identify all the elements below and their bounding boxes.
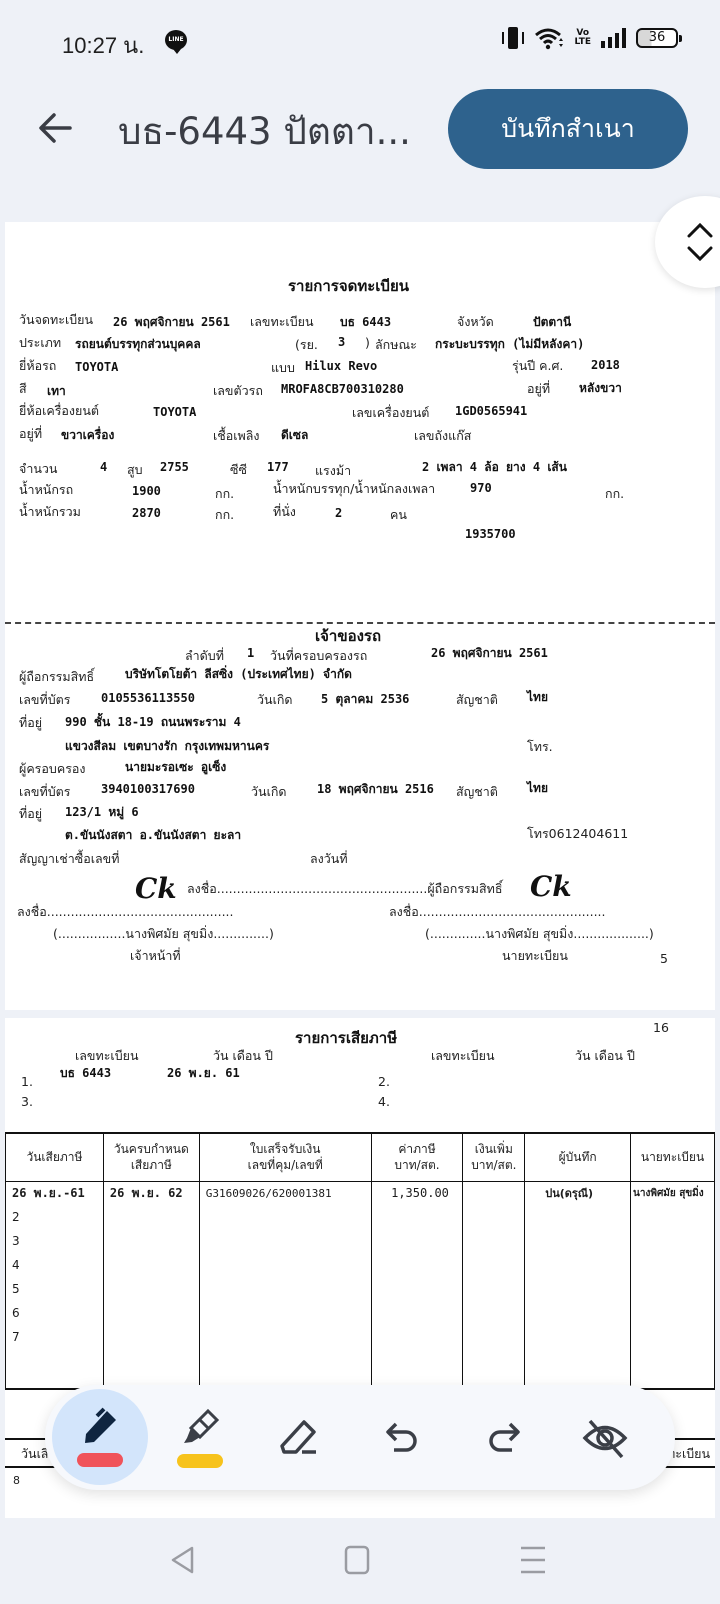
owner-name: บริษัทโตโยต้า ลีสซิ่ง (ประเทศไทย) จำกัด	[125, 665, 352, 684]
label: ลำดับที่	[185, 646, 224, 666]
cell	[463, 1349, 525, 1389]
vibrate-icon	[502, 26, 524, 50]
holder-id: 3940100317690	[101, 782, 195, 796]
label: ผู้ถือกรรมสิทธิ์	[19, 667, 94, 687]
label: 2.	[378, 1074, 390, 1089]
eraser-tool-button[interactable]	[255, 1393, 345, 1483]
table-row: 2	[6, 1205, 715, 1229]
cell	[371, 1253, 463, 1277]
row-number: 8	[13, 1474, 20, 1487]
cell	[199, 1229, 371, 1253]
cell	[631, 1229, 715, 1253]
sign-line: ลงชื่อ..................................…	[389, 902, 606, 922]
cell	[463, 1301, 525, 1325]
label: เลขทะเบียน	[250, 312, 314, 332]
vin-location: หลังขวา	[579, 379, 622, 398]
label: วัน เดือน ปี	[213, 1046, 273, 1066]
cell: 1,350.00	[371, 1181, 463, 1205]
label: คน	[390, 505, 407, 525]
possession-date: 26 พฤศจิกายน 2561	[431, 644, 548, 663]
cell	[463, 1277, 525, 1301]
label: วันเกิด	[257, 690, 293, 710]
cell: 4	[6, 1253, 104, 1277]
label: (รย.	[295, 335, 318, 355]
cc: 177	[267, 460, 289, 474]
holder-nationality: ไทย	[527, 779, 548, 798]
chevron-up-down-icon	[685, 220, 715, 264]
cell	[199, 1325, 371, 1349]
cell: 26 พ.ย. 62	[103, 1181, 199, 1205]
label: สัญชาติ	[456, 690, 498, 710]
label: สัญชาติ	[456, 782, 498, 802]
cell	[371, 1205, 463, 1229]
engine-brand: TOYOTA	[153, 405, 196, 419]
engine-location: ขวาเครื่อง	[61, 426, 114, 445]
color: เทา	[47, 382, 66, 401]
status-icons: VoLTE 36	[502, 26, 678, 50]
cell	[199, 1277, 371, 1301]
system-nav-bar	[0, 1518, 720, 1604]
label: เลขเครื่องยนต์	[352, 403, 429, 423]
label: จังหวัด	[457, 312, 494, 332]
line-app-icon: LINE	[165, 30, 187, 50]
entry1-date: 26 พ.ย. 61	[167, 1064, 240, 1083]
label: สี	[19, 379, 27, 399]
cell	[525, 1229, 631, 1253]
weight: 1900	[132, 484, 161, 498]
engine-number: 1GD0565941	[455, 404, 527, 418]
tax-heading: รายการเสียภาษี	[295, 1026, 397, 1050]
volte-bottom: LTE	[574, 38, 591, 47]
document-title: บธ-6443 ปัตตา...	[118, 102, 411, 161]
cell	[525, 1349, 631, 1389]
seats: 2	[335, 506, 342, 520]
label: อยู่ที่	[19, 424, 42, 444]
drawing-toolbar	[45, 1385, 675, 1490]
axles: 2 เพลา 4 ล้อ ยาง 4 เส้น	[422, 458, 567, 477]
cell	[525, 1277, 631, 1301]
label: เชื้อเพลิง	[213, 426, 260, 446]
registrar-label: นายทะเบียน	[502, 946, 568, 966]
eye-off-icon	[582, 1415, 628, 1461]
label: ยี่ห้อเครื่องยนต์	[19, 401, 99, 421]
col-header: วันครบกำหนด เสียภาษี	[103, 1133, 199, 1181]
label: อยู่ที่	[527, 379, 550, 399]
label: แรงม้า	[315, 461, 351, 481]
label: ลักษณะ	[375, 335, 417, 355]
triangle-back-icon	[168, 1544, 198, 1576]
vehicle-type: รถยนต์บรรทุกส่วนบุคคล	[75, 335, 201, 354]
cell	[371, 1349, 463, 1389]
owner-address-1: 990 ชั้น 18-19 ถนนพระราม 4	[65, 713, 241, 732]
cell: 2	[6, 1205, 104, 1229]
owner-signature: Ck	[530, 870, 572, 903]
redo-icon	[484, 1418, 524, 1458]
label: เลขที่บัตร	[19, 782, 70, 802]
cell	[463, 1181, 525, 1205]
vehicle-style: กระบะบรรทุก (ไม่มีหลังคา)	[435, 335, 584, 354]
holder-address-1: 123/1 หมู่ 6	[65, 803, 139, 822]
label: ยี่ห้อรถ	[19, 356, 56, 376]
plate: บธ 6443	[340, 313, 391, 332]
cell: 5	[6, 1277, 104, 1301]
load: 970	[470, 481, 492, 495]
label: ที่นั่ง	[273, 502, 296, 522]
label: กก.	[215, 484, 234, 504]
volte-icon: VoLTE	[574, 29, 591, 47]
save-copy-button[interactable]: บันทึกสำเนา	[448, 89, 688, 169]
label: โทร.	[527, 737, 553, 757]
label: เลขที่บัตร	[19, 690, 70, 710]
label: กก.	[605, 484, 624, 504]
page-number: 5	[660, 951, 668, 966]
cell	[6, 1349, 104, 1389]
pen-color-swatch[interactable]	[77, 1453, 123, 1467]
label: เลขตัวรถ	[213, 381, 263, 401]
cell	[103, 1349, 199, 1389]
label: )	[365, 335, 370, 350]
vin: MROFA8CB700310280	[281, 382, 404, 396]
province: ปัตตานี	[533, 313, 571, 332]
cell	[525, 1301, 631, 1325]
col-header: ใบเสร็จรับเงิน เลขที่คุม/เลขที่	[199, 1133, 371, 1181]
owner-id: 0105536113550	[101, 691, 195, 705]
cell	[463, 1229, 525, 1253]
col-header: นายทะเบียน	[631, 1133, 715, 1181]
holder-address-2: ต.ขันนังสตา อ.ขันนังสตา ยะลา	[65, 826, 241, 845]
label: ลงวันที่	[310, 849, 348, 869]
cell	[199, 1349, 371, 1389]
table-row: 5	[6, 1277, 715, 1301]
highlighter-color-swatch[interactable]	[177, 1454, 223, 1468]
col-header: ค่าภาษี บาท/สต.	[371, 1133, 463, 1181]
label: เลขทะเบียน	[75, 1046, 139, 1066]
cell	[463, 1205, 525, 1229]
registration-heading: รายการจดทะเบียน	[288, 274, 409, 298]
highlighter-tool-button[interactable]	[155, 1393, 245, 1483]
label: ผู้ครอบครอง	[19, 759, 86, 779]
cell	[631, 1325, 715, 1349]
owner-nationality: ไทย	[527, 688, 548, 707]
col-header: วันเสียภาษี	[6, 1133, 104, 1181]
cell	[463, 1253, 525, 1277]
label: 1.	[21, 1074, 33, 1089]
fuel: ดีเซล	[281, 426, 308, 445]
cell	[103, 1253, 199, 1277]
cell	[631, 1277, 715, 1301]
cell	[631, 1205, 715, 1229]
officer-label: เจ้าหน้าที่	[130, 946, 181, 966]
table-row: 3	[6, 1229, 715, 1253]
hide-annotations-button[interactable]	[560, 1393, 650, 1483]
undo-button[interactable]	[357, 1393, 447, 1483]
brand: TOYOTA	[75, 360, 118, 374]
label: ที่อยู่	[19, 713, 42, 733]
cell: 3	[6, 1229, 104, 1253]
cell	[103, 1277, 199, 1301]
cell: 7	[6, 1325, 104, 1349]
label: น้ำหนักรวม	[19, 502, 81, 522]
label: วัน เดือน ปี	[575, 1046, 635, 1066]
officer-signature: Ck	[135, 872, 177, 905]
cylinders: 2755	[160, 460, 189, 474]
label: รุ่นปี ค.ศ.	[512, 356, 563, 376]
label: น้ำหนักรถ	[19, 480, 73, 500]
label: สัญญาเช่าซื้อเลขที่	[19, 849, 119, 869]
label: แบบ	[271, 358, 295, 378]
owner-address-2: แขวงสีลม เขตบางรัก กรุงเทพมหานคร	[65, 737, 269, 756]
label: จำนวน	[19, 459, 57, 479]
nav-home-button[interactable]	[342, 1544, 382, 1578]
wifi-icon	[534, 26, 564, 50]
order-number: 1	[247, 646, 254, 660]
cell	[371, 1229, 463, 1253]
owner-dob: 5 ตุลาคม 2536	[321, 690, 409, 709]
cell	[525, 1205, 631, 1229]
app-bar: บธ-6443 ปัตตา... บันทึกสำเนา	[0, 84, 720, 194]
redo-button[interactable]	[459, 1393, 549, 1483]
status-bar: 10:27 น. LINE VoLTE 36	[0, 0, 720, 84]
table-row: 7	[6, 1325, 715, 1349]
cell	[525, 1325, 631, 1349]
battery-level: 36	[649, 30, 666, 45]
label: น้ำหนักบรรทุก/น้ำหนักลงเพลา	[273, 479, 435, 499]
label: เลขถังแก๊ส	[414, 426, 471, 446]
label: 4.	[378, 1094, 390, 1109]
eraser-icon	[278, 1416, 322, 1460]
ry-value: 3	[338, 335, 345, 349]
menu-recents-icon	[518, 1544, 548, 1576]
cell	[371, 1277, 463, 1301]
signal-icon	[601, 28, 626, 48]
label: ประเภท	[19, 333, 61, 353]
label: วันที่ครอบครองรถ	[270, 646, 367, 666]
back-button[interactable]	[34, 106, 78, 150]
cell	[371, 1325, 463, 1349]
sign-line: ลงชื่อ..................................…	[17, 902, 234, 922]
pen-tool-button[interactable]	[52, 1389, 148, 1485]
serial-number: 1935700	[465, 527, 516, 541]
registrar-name: (..............นางพิศมัย สุขมิ่ง........…	[425, 924, 654, 944]
label: เลขทะเบียน	[431, 1046, 495, 1066]
nav-back-button[interactable]	[168, 1544, 208, 1578]
owner-heading: เจ้าของรถ	[315, 624, 381, 648]
pen-icon	[80, 1407, 120, 1447]
document-page-owner: เจ้าของรถ ลำดับที่ 1 วันที่ครอบครองรถ 26…	[5, 622, 715, 1010]
label: วันจดทะเบียน	[19, 310, 93, 330]
table-row: 26 พ.ย.-61 26 พ.ย. 62 G31609026/62000138…	[6, 1181, 715, 1205]
cell: 6	[6, 1301, 104, 1325]
label: ที่อยู่	[19, 804, 42, 824]
cell	[103, 1229, 199, 1253]
table-row: 6	[6, 1301, 715, 1325]
cell: ปน(ดรุณี)	[525, 1181, 631, 1205]
entry1-plate: บธ 6443	[60, 1064, 111, 1083]
reg-date: 26 พฤศจิกายน 2561	[113, 313, 230, 332]
holder-name: นายมะรอเซะ อูเซ็ง	[125, 758, 226, 777]
cell	[199, 1253, 371, 1277]
label: วันเกิด	[251, 782, 287, 802]
cell	[631, 1349, 715, 1389]
officer-name: (.................นางพิศมัย สุขมิ่ง.....…	[53, 924, 274, 944]
label: กก.	[215, 505, 234, 525]
document-page-registration: รายการจดทะเบียน วันจดทะเบียน 26 พฤศจิกาย…	[5, 222, 715, 622]
col-header: เงินเพิ่ม บาท/สต.	[463, 1133, 525, 1181]
cell	[103, 1301, 199, 1325]
arrow-left-icon	[34, 106, 78, 150]
table-row: 4	[6, 1253, 715, 1277]
cell: นางพิศมัย สุขมิ่ง	[631, 1181, 715, 1205]
col-header: ผู้บันทึก	[525, 1133, 631, 1181]
cell	[631, 1301, 715, 1325]
tax-table: วันเสียภาษี วันครบกำหนด เสียภาษี ใบเสร็จ…	[5, 1132, 715, 1390]
cell	[199, 1301, 371, 1325]
repeat-header: วันเสี	[21, 1444, 48, 1464]
cell	[631, 1253, 715, 1277]
undo-icon	[382, 1418, 422, 1458]
cell	[103, 1205, 199, 1229]
cell: 26 พ.ย.-61	[6, 1181, 104, 1205]
nav-recents-button[interactable]	[518, 1544, 558, 1578]
label: สูบ	[127, 460, 143, 480]
gross-weight: 2870	[132, 506, 161, 520]
label: 3.	[21, 1094, 33, 1109]
model: Hilux Revo	[305, 359, 377, 373]
square-home-icon	[342, 1544, 372, 1576]
page-number: 16	[653, 1020, 669, 1035]
cell	[103, 1325, 199, 1349]
holder-dob: 18 พฤศจิกายน 2516	[317, 780, 434, 799]
cell	[199, 1205, 371, 1229]
highlighter-icon	[180, 1408, 220, 1448]
status-time: 10:27 น.	[62, 28, 144, 63]
sign-line: ลงชื่อ..................................…	[187, 879, 502, 899]
holder-phone: โทร0612404611	[527, 824, 628, 844]
table-row	[6, 1349, 715, 1389]
label: ซีซี	[230, 460, 247, 480]
cell	[463, 1325, 525, 1349]
year: 2018	[591, 358, 620, 372]
count: 4	[100, 460, 107, 474]
battery-icon: 36	[636, 28, 678, 48]
cell	[371, 1301, 463, 1325]
cell: G31609026/620001381	[199, 1181, 371, 1205]
cell	[525, 1253, 631, 1277]
